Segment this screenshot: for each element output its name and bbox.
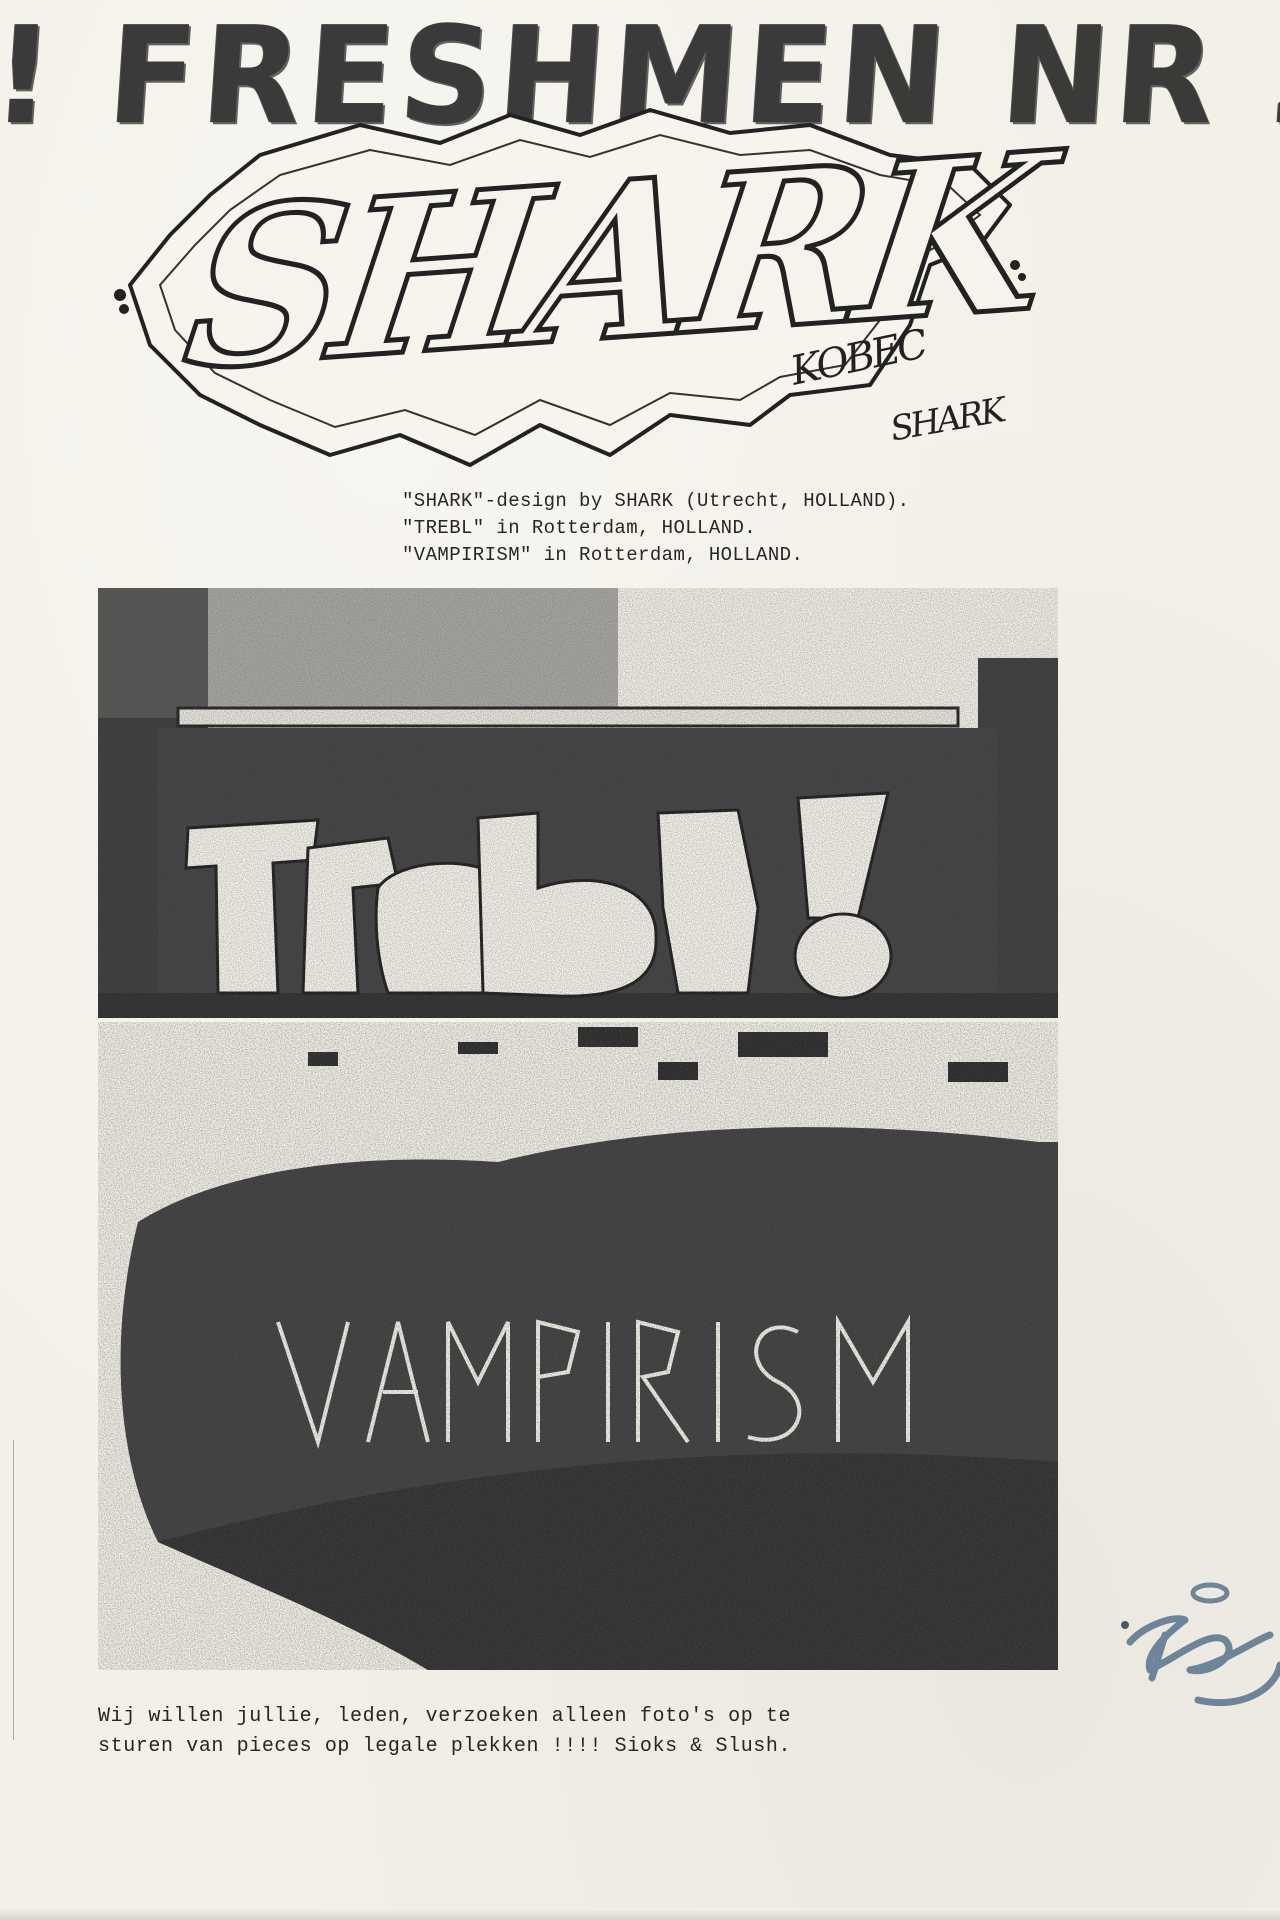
footer-note: Wij willen jullie, leden, verzoeken alle…: [98, 1702, 791, 1762]
signature-image: [1090, 1560, 1280, 1720]
trebl-photo: [98, 588, 1058, 1018]
page-fold-line: [13, 1440, 14, 1740]
caption-line: "VAMPIRISM" in Rotterdam, HOLLAND.: [402, 542, 909, 569]
vampirism-photo: [98, 1022, 1058, 1670]
footer-line: Wij willen jullie, leden, verzoeken alle…: [98, 1702, 791, 1732]
footer-line: sturen van pieces op legale plekken !!!!…: [98, 1732, 791, 1762]
handwritten-signature: [1090, 1560, 1280, 1720]
vampirism-photo-image: [98, 1022, 1058, 1670]
zine-page: ! FRESHMEN NR 26 !! SHARK KOBEC SHARK "S…: [0, 0, 1280, 1920]
trebl-photo-image: [98, 588, 1058, 1018]
photo-caption: "SHARK"-design by SHARK (Utrecht, HOLLAN…: [402, 488, 909, 569]
caption-line: "TREBL" in Rotterdam, HOLLAND.: [402, 515, 909, 542]
caption-line: "SHARK"-design by SHARK (Utrecht, HOLLAN…: [402, 488, 909, 515]
page-edge: [0, 1908, 1280, 1920]
shark-logo: SHARK KOBEC SHARK: [110, 95, 1030, 475]
